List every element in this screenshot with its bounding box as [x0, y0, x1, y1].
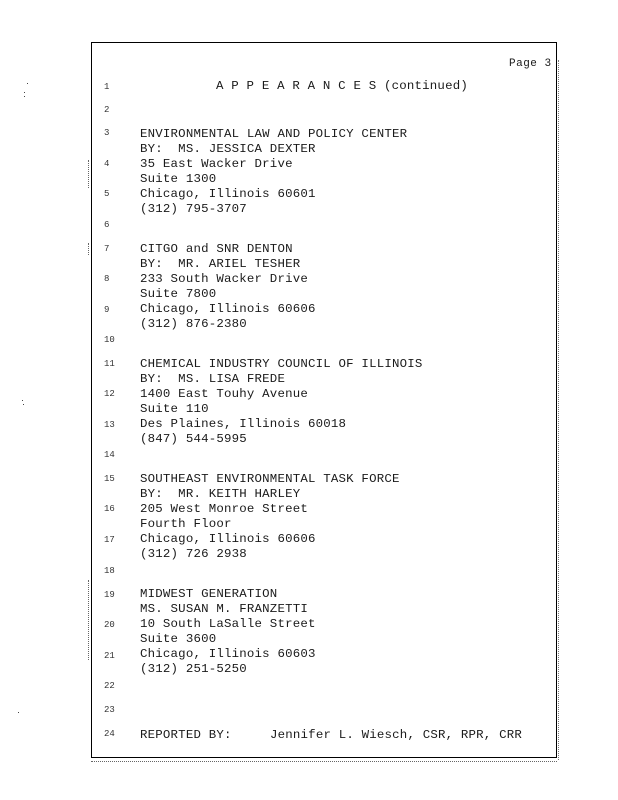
organization-name: ENVIRONMENTAL LAW AND POLICY CENTER — [140, 127, 407, 141]
organization-name: MIDWEST GENERATION — [140, 587, 277, 601]
page-number: Page 3 — [509, 58, 552, 70]
line-number: 2 — [104, 105, 118, 115]
line-number: 11 — [104, 359, 118, 369]
line-number: 22 — [104, 681, 118, 691]
line-number: 10 — [104, 335, 118, 345]
organization-name: SOUTHEAST ENVIRONMENTAL TASK FORCE — [140, 472, 400, 486]
reported-by-label: REPORTED BY: — [140, 728, 232, 742]
line-number: 4 — [104, 159, 118, 169]
line-number: 19 — [104, 590, 118, 600]
street-address: 205 West Monroe Street — [140, 502, 308, 516]
line-number: 18 — [104, 566, 118, 576]
suite: Fourth Floor — [140, 517, 232, 531]
organization-name: CITGO and SNR DENTON — [140, 242, 293, 256]
phone-number: (847) 544-5995 — [140, 432, 247, 446]
line-number: 12 — [104, 389, 118, 399]
line-number: 17 — [104, 535, 118, 545]
line-number: 1 — [104, 82, 118, 92]
attorney-name: BY: MR. ARIEL TESHER — [140, 257, 300, 271]
scan-speck — [24, 96, 25, 97]
line-number: 21 — [104, 651, 118, 661]
scan-speck — [18, 712, 19, 713]
line-number: 14 — [104, 450, 118, 460]
street-address: 35 East Wacker Drive — [140, 157, 293, 171]
page-edge-artifact — [558, 60, 561, 760]
reporter-name: Jennifer L. Wiesch, CSR, RPR, CRR — [270, 728, 522, 742]
street-address: 1400 East Touhy Avenue — [140, 387, 308, 401]
phone-number: (312) 876-2380 — [140, 317, 247, 331]
page-bottom-rule — [91, 761, 557, 762]
street-address: 233 South Wacker Drive — [140, 272, 308, 286]
scan-speck — [24, 92, 25, 93]
attorney-name: BY: MS. JESSICA DEXTER — [140, 142, 316, 156]
city-state-zip: Chicago, Illinois 60606 — [140, 532, 316, 546]
scan-speck — [27, 83, 28, 84]
line-number: 7 — [104, 244, 118, 254]
line-number: 20 — [104, 620, 118, 630]
scan-artifact — [88, 160, 90, 188]
appearances-heading: A P P E A R A N C E S (continued) — [216, 79, 468, 93]
line-number: 16 — [104, 504, 118, 514]
city-state-zip: Chicago, Illinois 60606 — [140, 302, 316, 316]
scan-speck — [22, 400, 23, 401]
scan-artifact — [88, 580, 90, 660]
city-state-zip: Chicago, Illinois 60603 — [140, 647, 316, 661]
line-number: 9 — [104, 305, 118, 315]
line-number: 8 — [104, 274, 118, 284]
line-number: 24 — [104, 729, 118, 739]
city-state-zip: Chicago, Illinois 60601 — [140, 187, 316, 201]
line-number: 23 — [104, 705, 118, 715]
line-number: 15 — [104, 474, 118, 484]
phone-number: (312) 726 2938 — [140, 547, 247, 561]
suite: Suite 110 — [140, 402, 209, 416]
line-number: 13 — [104, 420, 118, 430]
scan-speck — [23, 404, 24, 405]
street-address: 10 South LaSalle Street — [140, 617, 316, 631]
phone-number: (312) 251-5250 — [140, 662, 247, 676]
attorney-name: BY: MS. LISA FREDE — [140, 372, 285, 386]
suite: Suite 7800 — [140, 287, 216, 301]
line-number: 5 — [104, 189, 118, 199]
line-number: 6 — [104, 220, 118, 230]
organization-name: CHEMICAL INDUSTRY COUNCIL OF ILLINOIS — [140, 357, 423, 371]
attorney-name: BY: MR. KEITH HARLEY — [140, 487, 300, 501]
suite: Suite 3600 — [140, 632, 216, 646]
line-number: 3 — [104, 128, 118, 138]
suite: Suite 1300 — [140, 172, 216, 186]
phone-number: (312) 795-3707 — [140, 202, 247, 216]
scan-artifact — [88, 243, 90, 255]
city-state-zip: Des Plaines, Illinois 60018 — [140, 417, 346, 431]
attorney-name: MS. SUSAN M. FRANZETTI — [140, 602, 308, 616]
